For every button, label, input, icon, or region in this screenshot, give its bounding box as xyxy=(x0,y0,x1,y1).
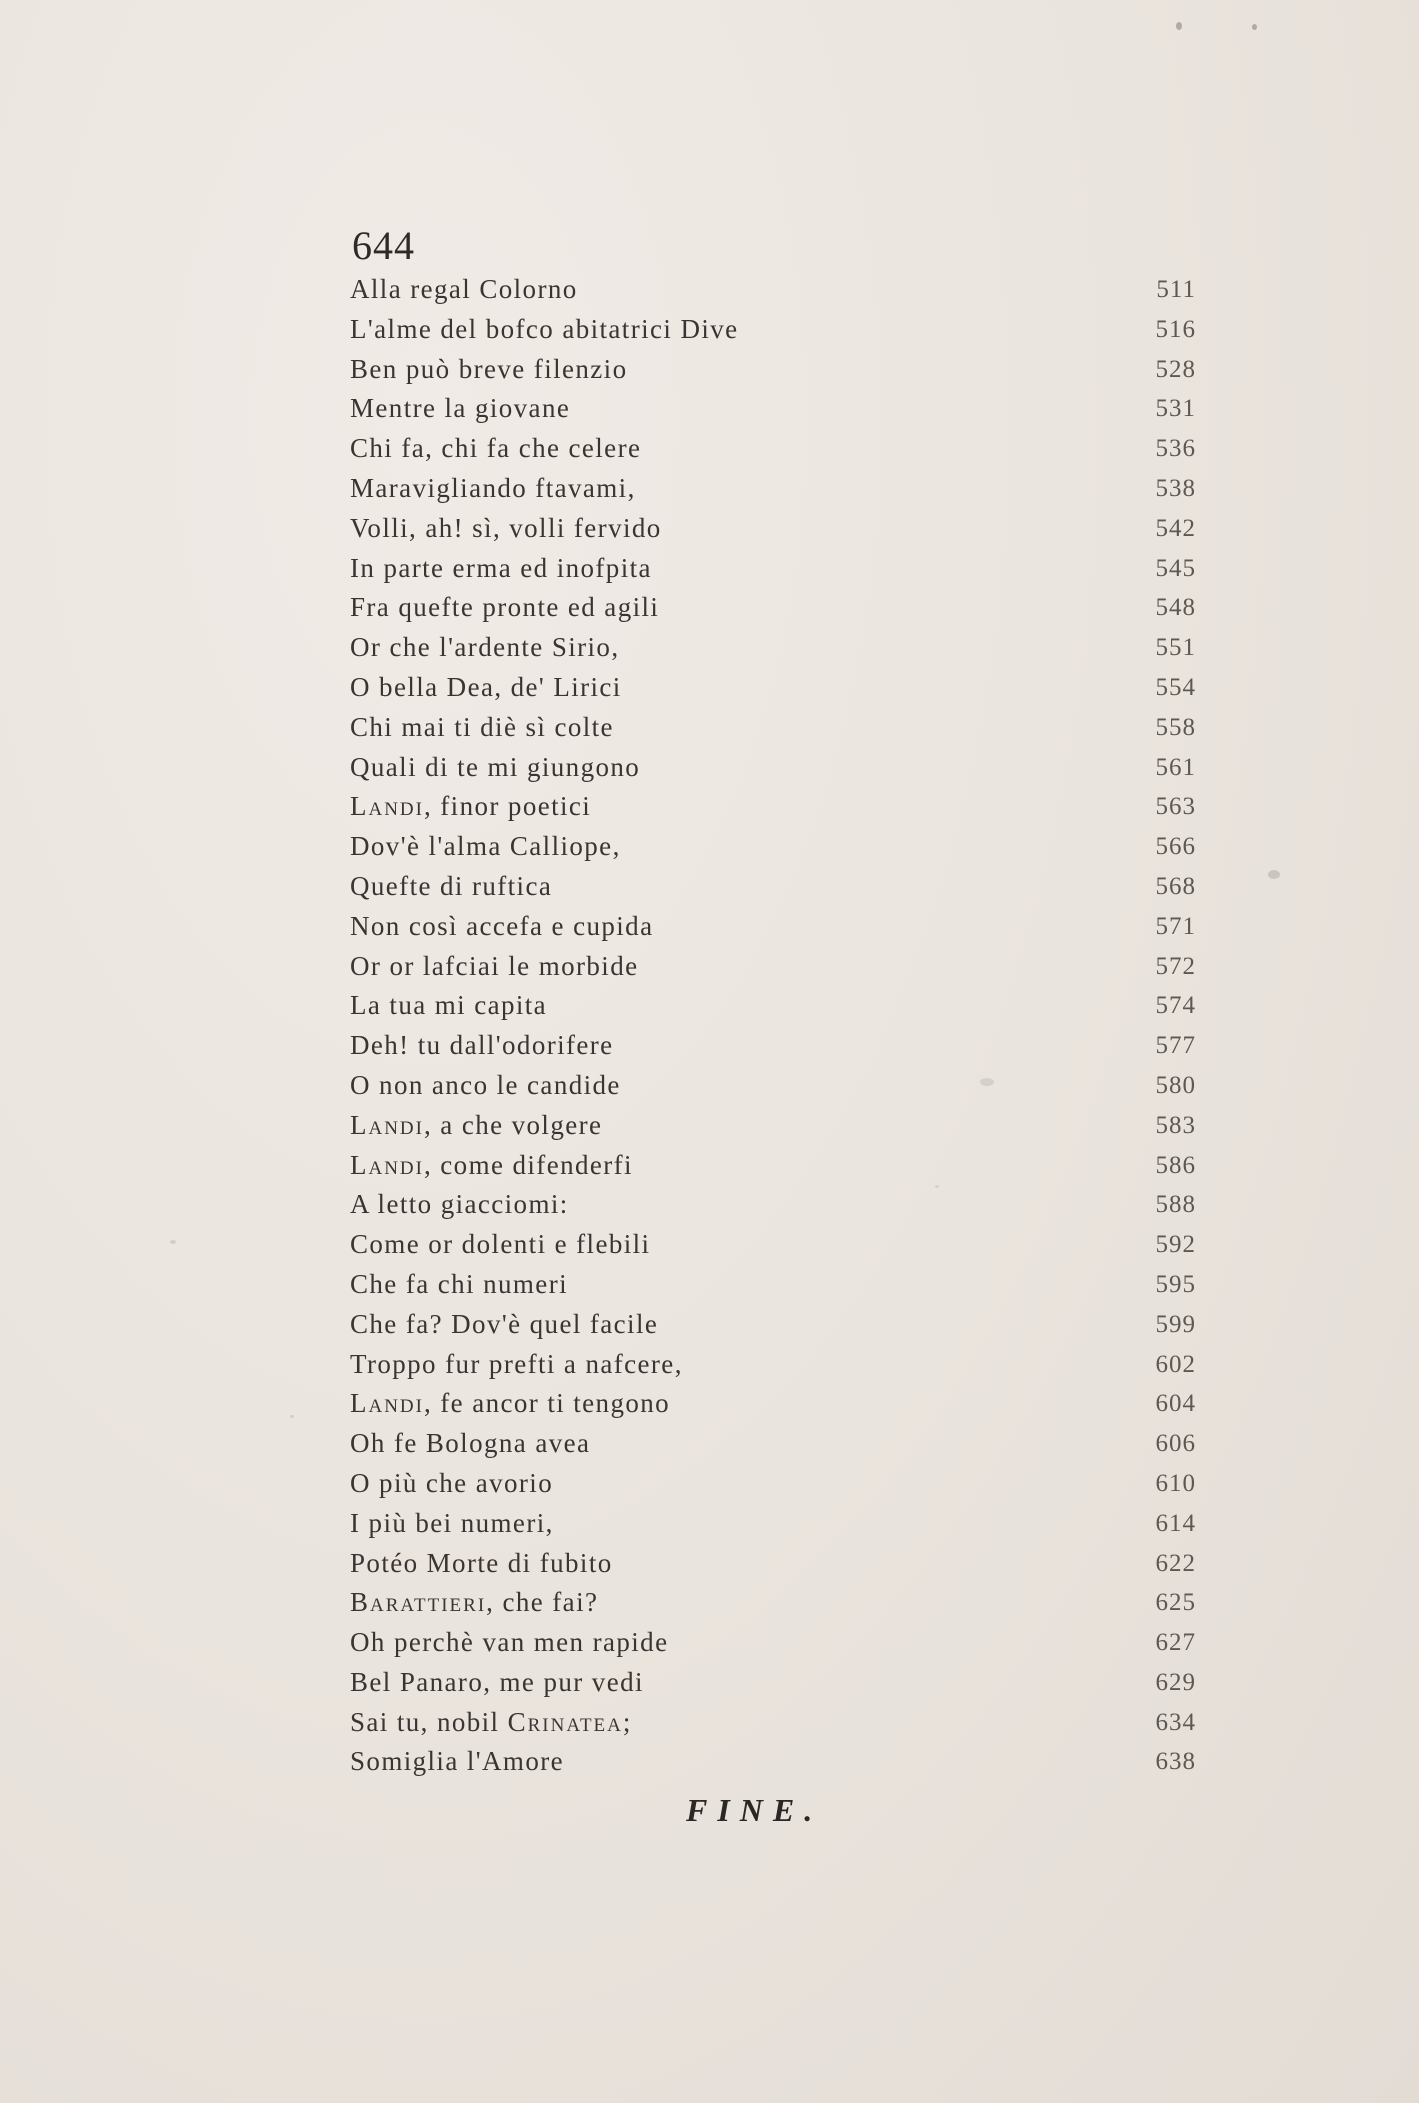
entry-title: Oh fe Bologna avea xyxy=(350,1424,590,1464)
index-entry: Landi, finor poetici563 xyxy=(350,787,1200,827)
entry-title: Mentre la giovane xyxy=(350,389,570,429)
entry-page-number: 622 xyxy=(1156,1544,1197,1584)
index-entry: Landi, fe ancor ti tengono604 xyxy=(350,1384,1200,1424)
entry-page-number: 595 xyxy=(1156,1265,1197,1305)
index-entry: Quali di te mi giungono561 xyxy=(350,748,1200,788)
entry-page-number: 511 xyxy=(1156,270,1196,310)
entry-page-number: 528 xyxy=(1156,350,1197,390)
index-entry: Bel Panaro, me pur vedi629 xyxy=(350,1663,1200,1703)
index-entry: Oh fe Bologna avea606 xyxy=(350,1424,1200,1464)
entry-page-number: 638 xyxy=(1156,1742,1197,1782)
entry-title: O più che avorio xyxy=(350,1464,553,1504)
entry-title: Troppo fur prefti a nafcere, xyxy=(350,1345,683,1385)
index-entry: I più bei numeri,614 xyxy=(350,1504,1200,1544)
index-entry: Volli, ah! sì, volli fervido542 xyxy=(350,509,1200,549)
entry-page-number: 599 xyxy=(1156,1305,1197,1345)
index-entry: La tua mi capita574 xyxy=(350,986,1200,1026)
index-entry: Deh! tu dall'odorifere577 xyxy=(350,1026,1200,1066)
index-entry: Chi fa, chi fa che celere536 xyxy=(350,429,1200,469)
smallcaps-name: Landi xyxy=(350,1110,424,1140)
paper-speck xyxy=(1268,870,1280,879)
entry-title-rest: , a che volgere xyxy=(424,1110,602,1140)
entry-title: Come or dolenti e flebili xyxy=(350,1225,650,1265)
index-entry: Come or dolenti e flebili592 xyxy=(350,1225,1200,1265)
entry-title: Volli, ah! sì, volli fervido xyxy=(350,509,662,549)
paper-speck xyxy=(290,1415,294,1418)
paper-speck xyxy=(1252,24,1257,30)
smallcaps-name: Landi xyxy=(350,791,424,821)
index-entry: Dov'è l'alma Calliope,566 xyxy=(350,827,1200,867)
entry-page-number: 571 xyxy=(1156,907,1197,947)
index-entry: Landi, come difenderfi586 xyxy=(350,1146,1200,1186)
smallcaps-name: Barattieri xyxy=(350,1587,486,1617)
entry-title: Dov'è l'alma Calliope, xyxy=(350,827,621,867)
entry-page-number: 516 xyxy=(1156,310,1197,350)
index-entry: Non così accefa e cupida571 xyxy=(350,907,1200,947)
entry-title: Fra quefte pronte ed agili xyxy=(350,588,659,628)
entry-title: Barattieri, che fai? xyxy=(350,1583,598,1623)
entry-page-number: 568 xyxy=(1156,867,1197,907)
entry-page-number: 561 xyxy=(1156,748,1197,788)
entry-title: Maravigliando ftavami, xyxy=(350,469,636,509)
entry-page-number: 625 xyxy=(1156,1583,1197,1623)
entry-title: Deh! tu dall'odorifere xyxy=(350,1026,614,1066)
entry-page-number: 577 xyxy=(1156,1026,1197,1066)
book-page: 644 Alla regal Colorno511 L'alme del bof… xyxy=(0,0,1419,2103)
entry-page-number: 542 xyxy=(1156,509,1197,549)
entry-title: Che fa chi numeri xyxy=(350,1265,568,1305)
paper-speck xyxy=(1176,22,1182,30)
entry-page-number: 629 xyxy=(1156,1663,1197,1703)
entry-title: Or or lafciai le morbide xyxy=(350,947,639,987)
index-entry: Somiglia l'Amore638 xyxy=(350,1742,1200,1782)
entry-title: Che fa? Dov'è quel facile xyxy=(350,1305,658,1345)
entry-title: Landi, come difenderfi xyxy=(350,1146,633,1186)
index-entry: Alla regal Colorno511 xyxy=(350,270,1200,310)
entry-title: Alla regal Colorno xyxy=(350,270,578,310)
entry-title-rest: , fe ancor ti tengono xyxy=(424,1388,670,1418)
entry-page-number: 588 xyxy=(1156,1185,1197,1225)
index-entry: In parte erma ed inofpita545 xyxy=(350,549,1200,589)
smallcaps-name: Crinatea xyxy=(508,1707,623,1737)
entry-title: Ben può breve filenzio xyxy=(350,350,627,390)
entry-page-number: 548 xyxy=(1156,588,1197,628)
entry-page-number: 606 xyxy=(1156,1424,1197,1464)
page-number: 644 xyxy=(352,222,415,269)
entry-title-rest: , finor poetici xyxy=(424,791,591,821)
entry-title: Sai tu, nobil Crinatea; xyxy=(350,1703,632,1743)
entry-title: A letto giacciomi: xyxy=(350,1185,569,1225)
index-entry: Or or lafciai le morbide572 xyxy=(350,947,1200,987)
entry-page-number: 538 xyxy=(1156,469,1197,509)
entry-page-number: 580 xyxy=(1156,1066,1197,1106)
smallcaps-name: Landi xyxy=(350,1150,424,1180)
entry-title: La tua mi capita xyxy=(350,986,547,1026)
entry-page-number: 602 xyxy=(1156,1345,1197,1385)
index-entry: Mentre la giovane531 xyxy=(350,389,1200,429)
index-entry: Landi, a che volgere583 xyxy=(350,1106,1200,1146)
entry-title: In parte erma ed inofpita xyxy=(350,549,652,589)
entry-title: Quali di te mi giungono xyxy=(350,748,640,788)
index-entry: Troppo fur prefti a nafcere,602 xyxy=(350,1345,1200,1385)
index-entry: Che fa chi numeri595 xyxy=(350,1265,1200,1305)
smallcaps-name: Landi xyxy=(350,1388,424,1418)
entry-title: Quefte di ruftica xyxy=(350,867,552,907)
entry-page-number: 592 xyxy=(1156,1225,1197,1265)
entry-title: Chi fa, chi fa che celere xyxy=(350,429,641,469)
entry-title: Somiglia l'Amore xyxy=(350,1742,564,1782)
entry-page-number: 627 xyxy=(1156,1623,1197,1663)
entry-title: I più bei numeri, xyxy=(350,1504,554,1544)
entry-title: L'alme del bofco abitatrici Dive xyxy=(350,310,739,350)
entry-page-number: 572 xyxy=(1156,947,1197,987)
entry-page-number: 604 xyxy=(1156,1384,1197,1424)
index-entry: Maravigliando ftavami,538 xyxy=(350,469,1200,509)
entry-page-number: 634 xyxy=(1156,1703,1197,1743)
entry-page-number: 583 xyxy=(1156,1106,1197,1146)
entry-page-number: 558 xyxy=(1156,708,1197,748)
entry-title-rest: , che fai? xyxy=(486,1587,598,1617)
entry-title: Bel Panaro, me pur vedi xyxy=(350,1663,644,1703)
entry-page-number: 563 xyxy=(1156,787,1197,827)
index-entry: O non anco le candide580 xyxy=(350,1066,1200,1106)
closing-fine: FINE. xyxy=(686,1792,822,1829)
index-entry: Barattieri, che fai?625 xyxy=(350,1583,1200,1623)
index-entry: Or che l'ardente Sirio,551 xyxy=(350,628,1200,668)
entry-title: Landi, finor poetici xyxy=(350,787,591,827)
entry-title: Landi, fe ancor ti tengono xyxy=(350,1384,670,1424)
index-entry: Potéo Morte di fubito622 xyxy=(350,1544,1200,1584)
entry-page-number: 536 xyxy=(1156,429,1197,469)
entry-page-number: 566 xyxy=(1156,827,1197,867)
index-entry: Sai tu, nobil Crinatea;634 xyxy=(350,1703,1200,1743)
entry-title: O non anco le candide xyxy=(350,1066,621,1106)
entry-title-lead: Sai tu, nobil xyxy=(350,1707,508,1737)
entry-title: Landi, a che volgere xyxy=(350,1106,602,1146)
paper-speck xyxy=(170,1240,176,1244)
entry-title: Non così accefa e cupida xyxy=(350,907,653,947)
entry-page-number: 614 xyxy=(1156,1504,1197,1544)
index-entry: Fra quefte pronte ed agili548 xyxy=(350,588,1200,628)
index-entry: O bella Dea, de' Lirici554 xyxy=(350,668,1200,708)
entry-page-number: 610 xyxy=(1156,1464,1197,1504)
entry-title: Oh perchè van men rapide xyxy=(350,1623,668,1663)
entry-title: Chi mai ti diè sì colte xyxy=(350,708,614,748)
index-entry: Ben può breve filenzio528 xyxy=(350,350,1200,390)
index-entry: Che fa? Dov'è quel facile599 xyxy=(350,1305,1200,1345)
entry-title-rest: , come difenderfi xyxy=(424,1150,633,1180)
index-entry: Quefte di ruftica568 xyxy=(350,867,1200,907)
entry-page-number: 574 xyxy=(1156,986,1197,1026)
index-entry: A letto giacciomi:588 xyxy=(350,1185,1200,1225)
index-entry: O più che avorio610 xyxy=(350,1464,1200,1504)
index-entry: L'alme del bofco abitatrici Dive516 xyxy=(350,310,1200,350)
entry-title-tail: ; xyxy=(623,1707,632,1737)
index-entry: Oh perchè van men rapide627 xyxy=(350,1623,1200,1663)
entry-page-number: 545 xyxy=(1156,549,1197,589)
entry-page-number: 551 xyxy=(1156,628,1197,668)
entry-title: Potéo Morte di fubito xyxy=(350,1544,613,1584)
first-lines-index: Alla regal Colorno511 L'alme del bofco a… xyxy=(350,270,1200,1782)
entry-page-number: 531 xyxy=(1156,389,1197,429)
entry-title: Or che l'ardente Sirio, xyxy=(350,628,619,668)
entry-page-number: 554 xyxy=(1156,668,1197,708)
entry-page-number: 586 xyxy=(1156,1146,1197,1186)
entry-title: O bella Dea, de' Lirici xyxy=(350,668,622,708)
index-entry: Chi mai ti diè sì colte558 xyxy=(350,708,1200,748)
